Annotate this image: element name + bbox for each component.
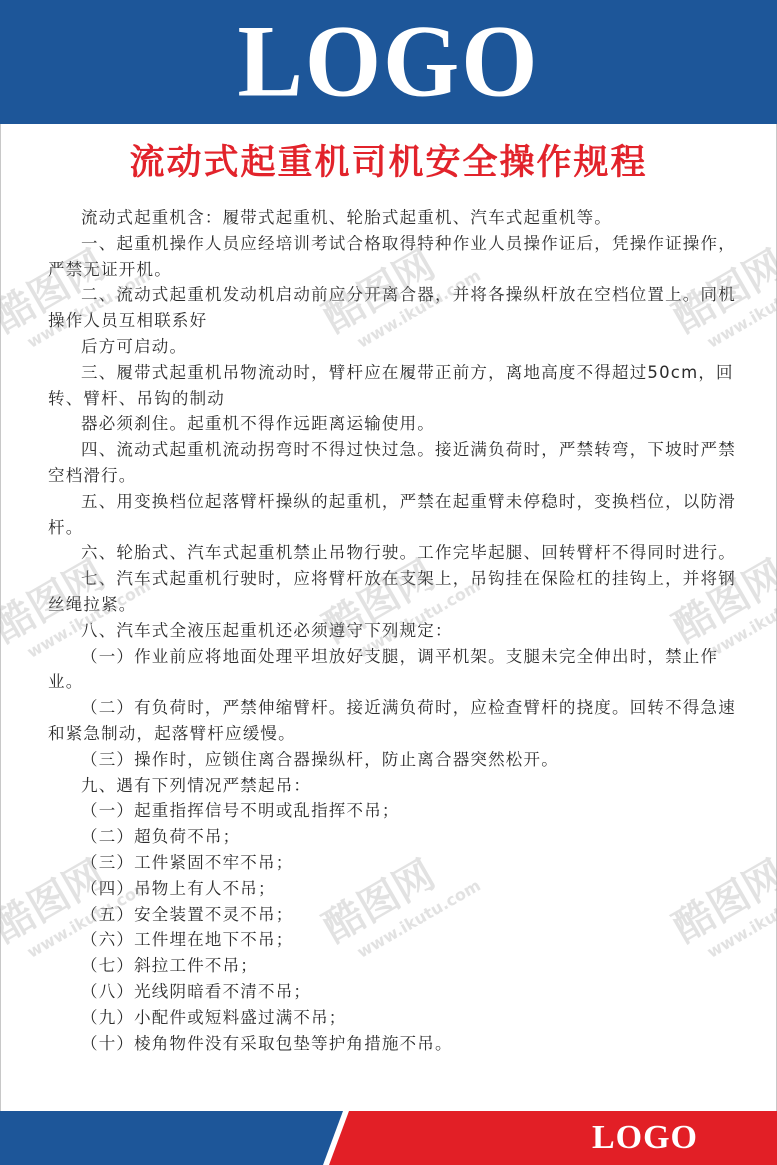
list-item: （一）起重指挥信号不明或乱指挥不吊； [48, 798, 738, 824]
paragraph-intro: 流动式起重机含：履带式起重机、轮胎式起重机、汽车式起重机等。 [48, 205, 738, 231]
list-item: （三）工件紧固不牢不吊； [48, 850, 738, 876]
list-item: （四）吊物上有人不吊； [48, 876, 738, 902]
list-item: （九）小配件或短料盛过满不吊； [48, 1005, 738, 1031]
list-item: （八）光线阴暗看不清不吊； [48, 979, 738, 1005]
paragraph-rule-8: 八、汽车式全液压起重机还必须遵守下列规定： [48, 618, 738, 644]
regulations-body: 流动式起重机含：履带式起重机、轮胎式起重机、汽车式起重机等。 一、起重机操作人员… [48, 205, 738, 1056]
paragraph-rule-9: 九、遇有下列情况严禁起吊： [48, 773, 738, 799]
paragraph-rule-8-sub-2: （二）有负荷时，严禁伸缩臂杆。接近满负荷时，应检查臂杆的挠度。回转不得急速和紧急… [48, 695, 738, 747]
list-item: （五）安全装置不灵不吊； [48, 902, 738, 928]
list-item: （六）工件埋在地下不吊； [48, 927, 738, 953]
paragraph-rule-4: 四、流动式起重机流动拐弯时不得过快过急。接近满负荷时，严禁转弯，下坡时严禁空档滑… [48, 437, 738, 489]
paragraph-rule-8-sub-3: （三）操作时，应锁住离合器操纵杆，防止离合器突然松开。 [48, 747, 738, 773]
paragraph-rule-8-sub-1: （一）作业前应将地面处理平坦放好支腿，调平机架。支腿未完全伸出时，禁止作业。 [48, 644, 738, 696]
paragraph-rule-2-cont: 后方可启动。 [48, 334, 738, 360]
list-item: （七）斜拉工件不吊； [48, 953, 738, 979]
paragraph-rule-2: 二、流动式起重机发动机启动前应分开离合器，并将各操纵杆放在空档位置上。同机操作人… [48, 282, 738, 334]
header-band: LOGO [0, 0, 777, 124]
footer-logo: LOGO [555, 1117, 735, 1159]
paragraph-rule-3-cont: 器必须刹住。起重机不得作远距离运输使用。 [48, 411, 738, 437]
list-item: （十）棱角物件没有采取包垫等护角措施不吊。 [48, 1031, 738, 1057]
footer-band: LOGO [0, 1111, 777, 1165]
paragraph-rule-7: 七、汽车式起重机行驶时，应将臂杆放在支架上，吊钩挂在保险杠的挂钩上，并将钢丝绳拉… [48, 566, 738, 618]
header-logo: LOGO [237, 11, 539, 114]
paragraph-rule-3: 三、履带式起重机吊物流动时，臂杆应在履带正前方，离地高度不得超过50cm，回转、… [48, 360, 738, 412]
paragraph-rule-1: 一、起重机操作人员应经培训考试合格取得特种作业人员操作证后，凭操作证操作，严禁无… [48, 231, 738, 283]
page-title: 流动式起重机司机安全操作规程 [0, 138, 777, 188]
list-item: （二）超负荷不吊； [48, 824, 738, 850]
paragraph-rule-6: 六、轮胎式、汽车式起重机禁止吊物行驶。工作完毕起腿、回转臂杆不得同时进行。 [48, 540, 738, 566]
paragraph-rule-5: 五、用变换档位起落臂杆操纵的起重机，严禁在起重臂未停稳时，变换档位，以防滑杆。 [48, 489, 738, 541]
